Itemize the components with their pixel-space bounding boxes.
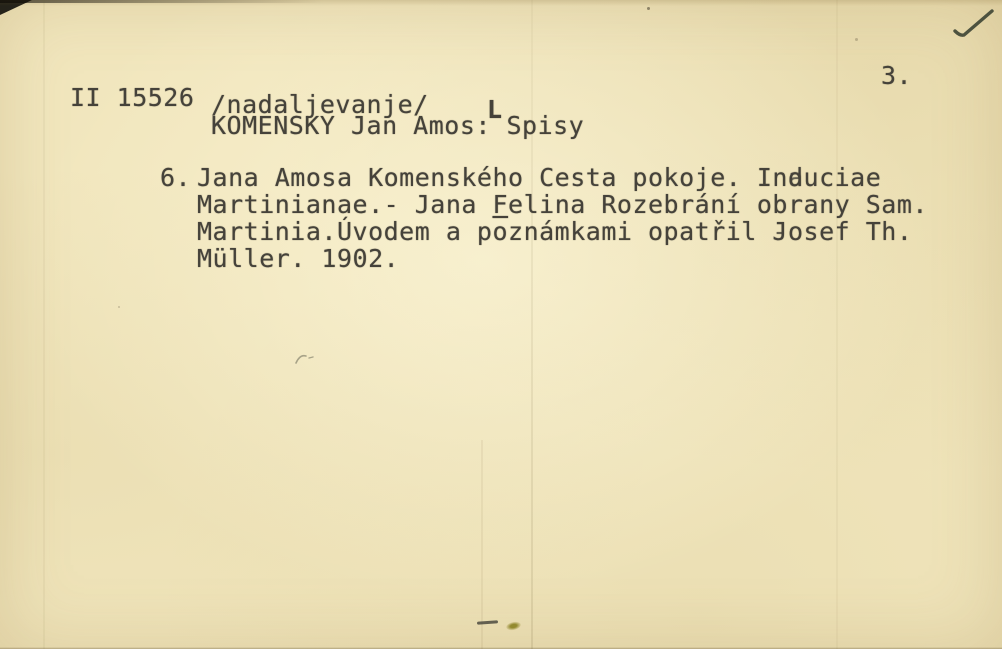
entry-text-line: Müller. 1902.	[197, 245, 928, 272]
entry-text: Jana Amosa Komenského Cesta pokoje. Inda…	[197, 164, 928, 272]
card-crease	[531, 0, 533, 649]
pencil-dash-mark	[477, 620, 498, 624]
card-crease	[836, 0, 838, 649]
card-crease	[43, 0, 45, 649]
top-edge-line	[0, 0, 360, 3]
paper-speck	[855, 38, 858, 41]
heading-author-title: KOMENSKY Jan Amos: Spisy	[211, 112, 584, 139]
entry-text-line: Martinia.Úvodem a poznámkami opatřil J-o…	[197, 218, 928, 245]
pencil-squiggle	[292, 349, 326, 369]
catalog-card: 3. II 15526 /nadaljevanje/ L KOMENSKY Ja…	[0, 0, 1002, 649]
paper-speck	[118, 306, 120, 308]
card-crease	[481, 440, 483, 649]
entry-text-line: Martinianae.- Jana Felina Rozebrání obra…	[197, 191, 928, 218]
checkmark-icon	[952, 8, 996, 42]
entry-number: 6.	[160, 164, 191, 191]
call-number: II 15526	[70, 84, 194, 111]
sheet-number: 3.	[881, 62, 912, 89]
ink-smudge	[505, 621, 521, 632]
paper-speck	[647, 7, 650, 10]
entry-text-line: Jana Amosa Komenského Cesta pokoje. Inda…	[197, 164, 928, 191]
